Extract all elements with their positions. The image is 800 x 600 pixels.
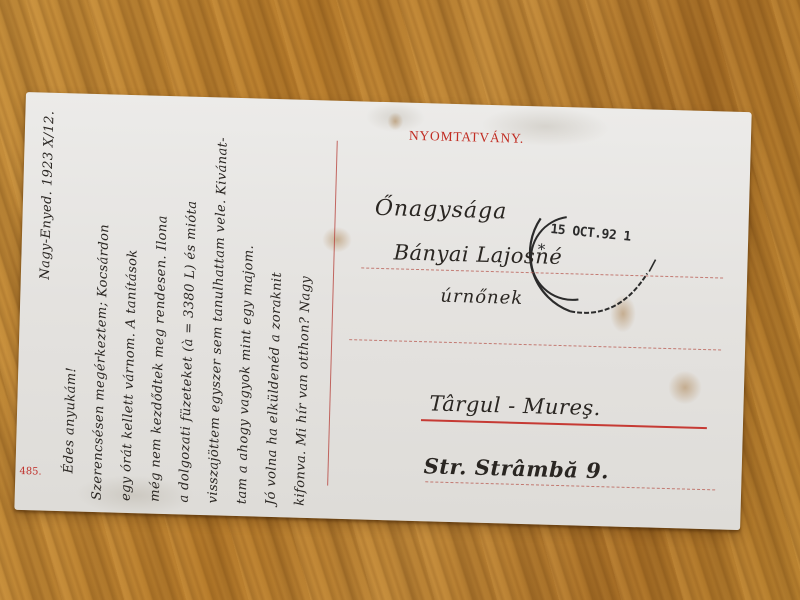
- card-number: 485.: [19, 466, 42, 478]
- address-rule-city: [421, 419, 707, 429]
- message-text-block: Nagy-Enyed. 1923 X/12. Édes anyukám! Sze…: [14, 92, 338, 519]
- address-rule-2: [349, 339, 721, 350]
- postcard-header: NYOMTATVÁNY.: [409, 128, 525, 147]
- address-line-3: úrnőnek: [440, 286, 523, 309]
- address-street: Str. Strâmbă 9.: [423, 453, 609, 483]
- address-city: Târgul - Mureş.: [429, 391, 601, 420]
- address-rule-street: [425, 481, 715, 490]
- postcard: Nagy-Enyed. 1923 X/12. Édes anyukám! Sze…: [14, 92, 751, 530]
- address-line-1: Őnagysága: [375, 196, 508, 225]
- foxing-stain: [668, 370, 703, 405]
- message-area: Nagy-Enyed. 1923 X/12. Édes anyukám! Sze…: [14, 92, 338, 519]
- address-line-2: Bányai Lajosné: [393, 240, 562, 269]
